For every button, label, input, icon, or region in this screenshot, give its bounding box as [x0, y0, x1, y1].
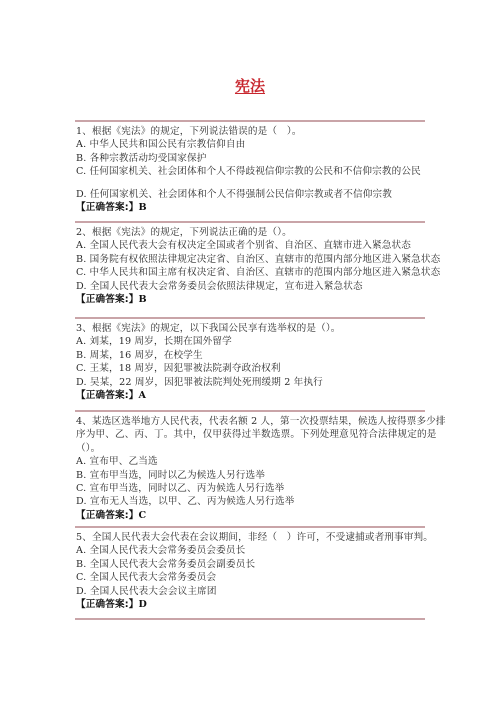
- answer-label: 【正确答案:】: [76, 390, 138, 401]
- question-stem: 3、根据《宪法》的规定，以下我国公民享有选举权的是（）。: [76, 322, 428, 335]
- answer-value: B: [138, 202, 146, 213]
- question-stem: 2、根据《宪法》的规定，下列说法正确的是（）。: [76, 226, 428, 239]
- question-stem-line-1: 4、某选区选举地方人民代表，代表名额 2 人，第一次投票结果，候选人按得票多少排: [76, 415, 428, 428]
- option-d: D. 全国人民代表大会会议主席团: [76, 585, 428, 598]
- document-title: 宪法: [0, 76, 500, 96]
- divider: [75, 221, 425, 223]
- option-a: A. 全国人民代表大会有权决定全国或者个别省、自治区、直辖市进入紧急状态: [76, 239, 428, 252]
- answer-value: D: [138, 599, 146, 610]
- question-3: 3、根据《宪法》的规定，以下我国公民享有选举权的是（）。 A. 刘某，19 周岁…: [76, 322, 428, 402]
- option-a: A. 中华人民共和国公民有宗教信仰自由: [76, 138, 428, 151]
- option-d: D. 任何国家机关、社会团体和个人不得强制公民信仰宗教或者不信仰宗教: [76, 188, 428, 201]
- answer-value: A: [138, 390, 146, 401]
- answer-label: 【正确答案:】: [76, 510, 138, 521]
- option-c: C. 王某，18 周岁，因犯罪被法院剥夺政治权利: [76, 362, 428, 375]
- correct-answer: 【正确答案:】C: [76, 509, 428, 522]
- answer-value: C: [138, 510, 146, 521]
- option-c: C. 任何国家机关、社会团体和个人不得歧视信仰宗教的公民和不信仰宗教的公民: [76, 165, 428, 178]
- question-1: 1、根据《宪法》的规定，下列说法错误的是（ ）。 A. 中华人民共和国公民有宗教…: [76, 125, 428, 214]
- divider: [75, 618, 425, 620]
- divider: [75, 410, 425, 412]
- answer-label: 【正确答案:】: [76, 599, 138, 610]
- option-d: D. 全国人民代表大会常务委员会依照法律规定，宣布进入紧急状态: [76, 280, 428, 293]
- option-a: A. 全国人民代表大会常务委员会委员长: [76, 544, 428, 557]
- option-b: B. 周某，16 周岁，在校学生: [76, 349, 428, 362]
- option-c: C. 宣布甲当选，同时以乙、丙为候选人另行选举: [76, 482, 428, 495]
- spacer: [76, 179, 428, 188]
- divider: [75, 526, 425, 528]
- correct-answer: 【正确答案:】B: [76, 201, 428, 214]
- correct-answer: 【正确答案:】D: [76, 598, 428, 611]
- option-d: D. 宣布无人当选，以甲、乙、丙为候选人另行选举: [76, 495, 428, 508]
- question-stem-line-2: 序为甲、乙、丙、丁。其中，仅甲获得过半数选票。下列处理意见符合法律规定的是: [76, 428, 428, 441]
- question-stem: 1、根据《宪法》的规定，下列说法错误的是（ ）。: [76, 125, 428, 138]
- title-text: 宪法: [235, 77, 265, 95]
- option-b: B. 各种宗教活动均受国家保护: [76, 152, 428, 165]
- option-d: D. 吴某，22 周岁，因犯罪被法院判处死刑缓期 2 年执行: [76, 376, 428, 389]
- correct-answer: 【正确答案:】B: [76, 293, 428, 306]
- answer-value: B: [138, 294, 146, 305]
- correct-answer: 【正确答案:】A: [76, 389, 428, 402]
- option-c: C. 全国人民代表大会常务委员会: [76, 571, 428, 584]
- answer-label: 【正确答案:】: [76, 294, 138, 305]
- answer-label: 【正确答案:】: [76, 202, 138, 213]
- option-b: B. 宣布甲当选，同时以乙为候选人另行选举: [76, 469, 428, 482]
- option-b: B. 全国人民代表大会常务委员会副委员长: [76, 558, 428, 571]
- question-2: 2、根据《宪法》的规定，下列说法正确的是（）。 A. 全国人民代表大会有权决定全…: [76, 226, 428, 306]
- divider: [75, 317, 425, 319]
- option-c: C. 中华人民共和国主席有权决定省、自治区、直辖市的范围内部分地区进入紧急状态: [76, 266, 428, 279]
- question-stem: 5、全国人民代表大会代表在会议期间，非经（ ）许可，不受逮捕或者刑事审判。: [76, 531, 428, 544]
- option-a: A. 刘某，19 周岁，长期在国外留学: [76, 335, 428, 348]
- option-b: B. 国务院有权依照法律规定决定省、自治区、直辖市的范围内部分地区进入紧急状态: [76, 253, 428, 266]
- option-a: A. 宣布甲、乙当选: [76, 455, 428, 468]
- question-stem-line-3: （）。: [76, 442, 428, 455]
- divider: [75, 120, 425, 122]
- question-5: 5、全国人民代表大会代表在会议期间，非经（ ）许可，不受逮捕或者刑事审判。 A.…: [76, 531, 428, 611]
- question-4: 4、某选区选举地方人民代表，代表名额 2 人，第一次投票结果，候选人按得票多少排…: [76, 415, 428, 522]
